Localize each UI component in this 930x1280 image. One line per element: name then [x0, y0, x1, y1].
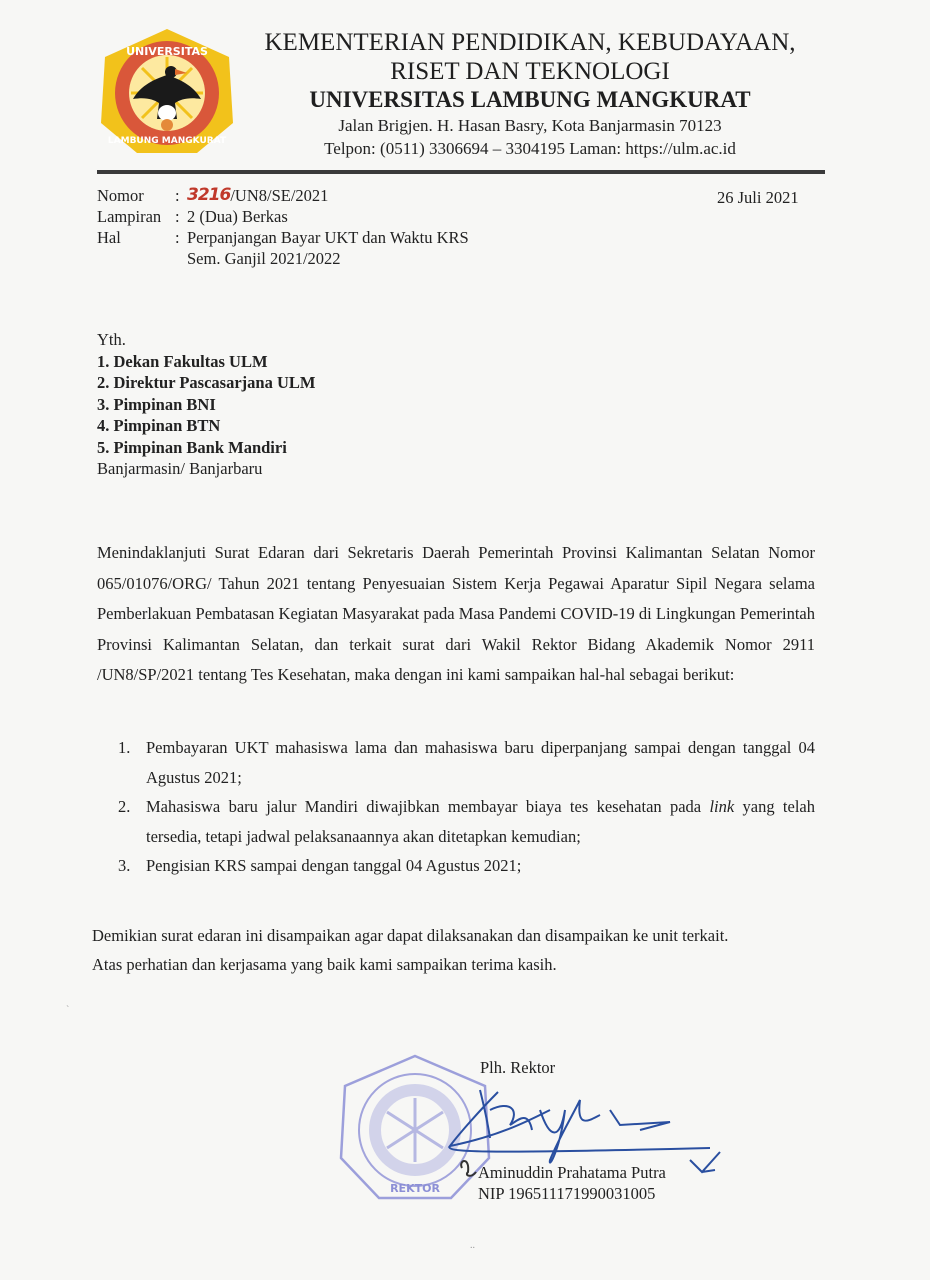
list-number: 3.: [118, 851, 146, 881]
points-list: 1. Pembayaran UKT mahasiswa lama dan mah…: [118, 733, 815, 881]
recipient-item: 2. Direktur Pascasarjana ULM: [97, 372, 315, 394]
address: Jalan Brigjen. H. Hasan Basry, Kota Banj…: [250, 114, 810, 138]
signatory-name: Aminuddin Prahatama Putra: [478, 1162, 666, 1183]
closing-line-1: Demikian surat edaran ini disampaikan ag…: [92, 921, 812, 950]
lampiran-label: Lampiran: [97, 206, 175, 227]
university-logo-icon: UNIVERSITAS LAMBUNG MANGKURAT: [97, 27, 237, 157]
svg-text:UNIVERSITAS: UNIVERSITAS: [126, 45, 208, 58]
lampiran-row: Lampiran : 2 (Dua) Berkas: [97, 206, 469, 227]
list-text: Mahasiswa baru jalur Mandiri diwajibkan …: [146, 792, 815, 851]
nomor-row: Nomor : 3216 /UN8/SE/2021: [97, 185, 469, 206]
list-number: 1.: [118, 733, 146, 792]
colon: :: [175, 227, 187, 248]
signatory: Aminuddin Prahatama Putra NIP 1965111719…: [478, 1162, 666, 1204]
letter-date: 26 Juli 2021: [717, 188, 799, 208]
list-text: Pembayaran UKT mahasiswa lama dan mahasi…: [146, 733, 815, 792]
hal-value-line-2: Sem. Ganjil 2021/2022: [187, 248, 341, 269]
salutation: Yth.: [97, 329, 315, 351]
nomor-label: Nomor: [97, 185, 175, 206]
scan-speck: ..: [470, 1240, 475, 1251]
letterhead-divider: [97, 170, 825, 174]
nomor-suffix: /UN8/SE/2021: [230, 185, 328, 206]
lampiran-value: 2 (Dua) Berkas: [187, 206, 288, 227]
contact: Telpon: (0511) 3306694 – 3304195 Laman: …: [250, 138, 810, 160]
list-item: 2. Mahasiswa baru jalur Mandiri diwajibk…: [118, 792, 815, 851]
ministry-line-2: RISET DAN TEKNOLOGI: [250, 58, 810, 86]
colon: :: [175, 206, 187, 227]
colon: :: [175, 185, 187, 206]
hal-value-line-1: Perpanjangan Bayar UKT dan Waktu KRS: [187, 227, 469, 248]
list-number: 2.: [118, 792, 146, 851]
svg-text:LAMBUNG MANGKURAT: LAMBUNG MANGKURAT: [108, 136, 227, 146]
signatory-title: Plh. Rektor: [480, 1058, 555, 1078]
scan-speck: `: [66, 1005, 69, 1016]
list-item: 3. Pengisian KRS sampai dengan tanggal 0…: [118, 851, 815, 881]
ministry-line-1: KEMENTERIAN PENDIDIKAN, KEBUDAYAAN,: [250, 28, 810, 58]
letter-meta: Nomor : 3216 /UN8/SE/2021 Lampiran : 2 (…: [97, 185, 469, 269]
svg-text:REKTOR: REKTOR: [390, 1182, 440, 1195]
closing: Demikian surat edaran ini disampaikan ag…: [92, 921, 812, 979]
recipient-item: 5. Pimpinan Bank Mandiri: [97, 437, 315, 459]
nomor-handwritten: 3216: [187, 185, 230, 206]
university-name: UNIVERSITAS LAMBUNG MANGKURAT: [250, 86, 810, 114]
recipients: Yth. 1. Dekan Fakultas ULM 2. Direktur P…: [97, 329, 315, 480]
list-item: 1. Pembayaran UKT mahasiswa lama dan mah…: [118, 733, 815, 792]
recipient-item: 4. Pimpinan BTN: [97, 415, 315, 437]
list-text: Pengisian KRS sampai dengan tanggal 04 A…: [146, 851, 815, 881]
closing-line-2: Atas perhatian dan kerjasama yang baik k…: [92, 950, 812, 979]
link-word: link: [709, 797, 734, 816]
letterhead: KEMENTERIAN PENDIDIKAN, KEBUDAYAAN, RISE…: [250, 28, 810, 160]
hal-label: Hal: [97, 227, 175, 248]
recipient-item: 1. Dekan Fakultas ULM: [97, 351, 315, 373]
letter-page: UNIVERSITAS LAMBUNG MANGKURAT KEMENTERIA…: [0, 0, 930, 1280]
hal-row-2: Sem. Ganjil 2021/2022: [97, 248, 469, 269]
body-paragraph: Menindaklanjuti Surat Edaran dari Sekret…: [97, 538, 815, 691]
recipient-location: Banjarmasin/ Banjarbaru: [97, 458, 315, 480]
recipient-item: 3. Pimpinan BNI: [97, 394, 315, 416]
signatory-nip: NIP 196511171990031005: [478, 1183, 666, 1204]
hal-row: Hal : Perpanjangan Bayar UKT dan Waktu K…: [97, 227, 469, 248]
